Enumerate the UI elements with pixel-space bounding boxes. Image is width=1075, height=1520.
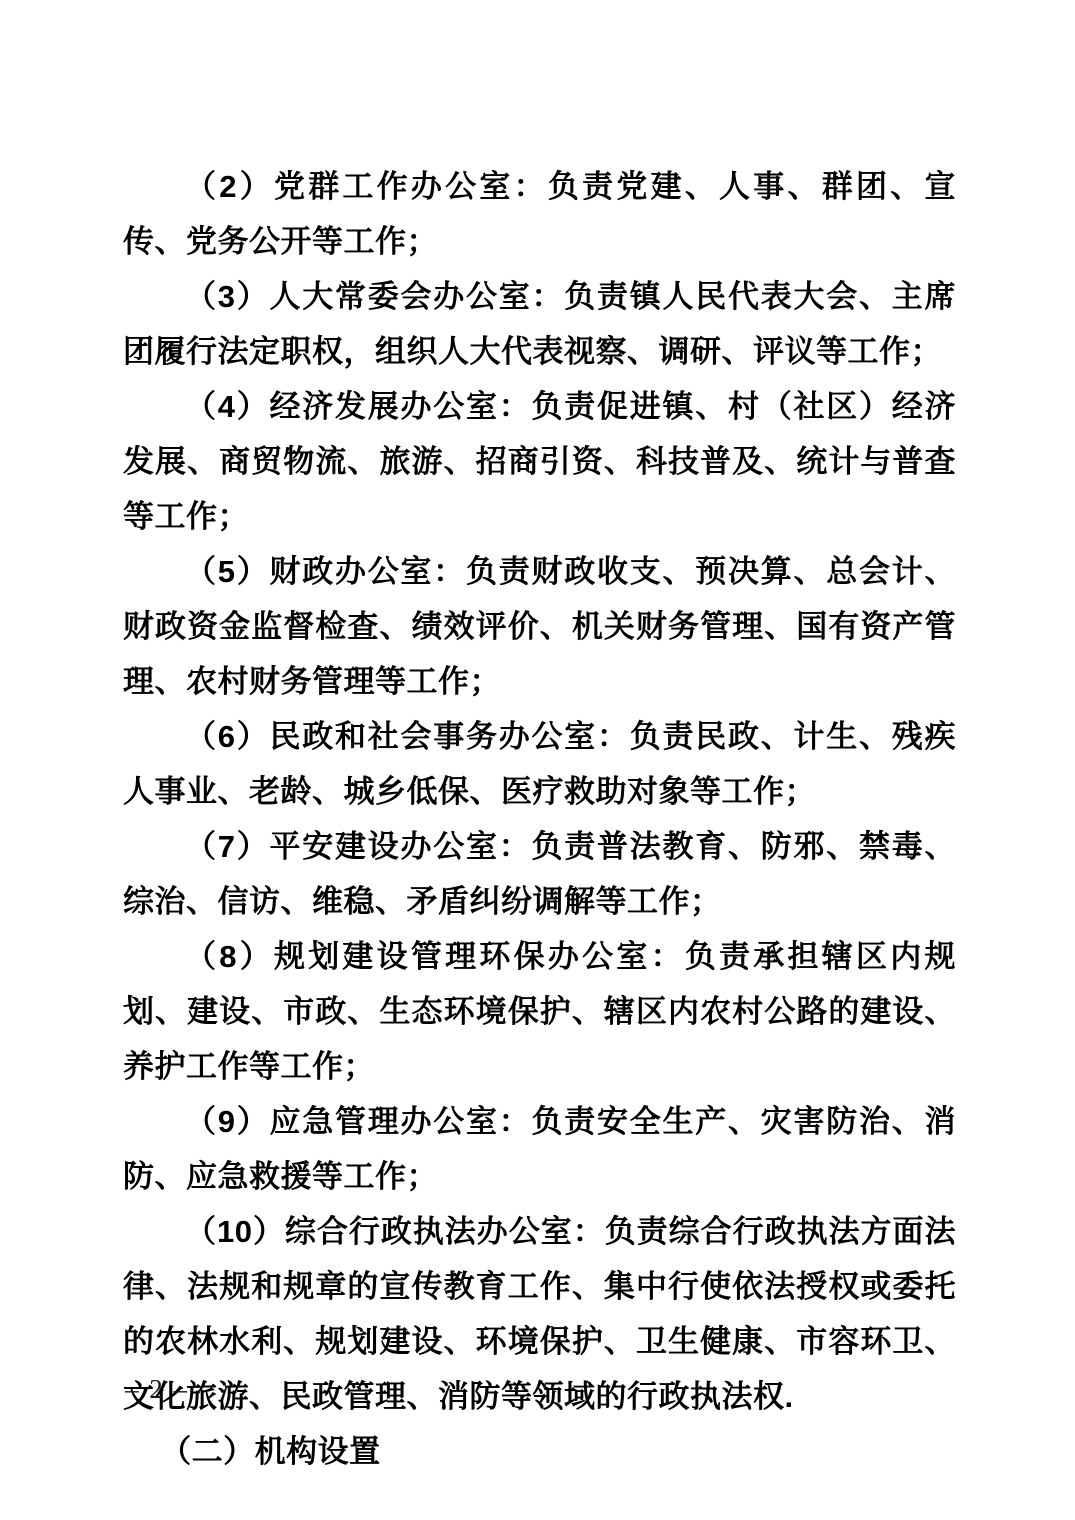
- paragraph-item-9: （9）应急管理办公室：负责安全生产、灾害防治、消防、应急救援等工作；: [123, 1094, 956, 1204]
- document-page: （2）党群工作办公室：负责党建、人事、群团、宣传、党务公开等工作； （3）人大常…: [0, 0, 1075, 1520]
- paragraph-item-6: （6）民政和社会事务办公室：负责民政、计生、残疾人事业、老龄、城乡低保、医疗救助…: [123, 709, 956, 819]
- paragraph-item-7: （7）平安建设办公室：负责普法教育、防邪、禁毒、综治、信访、维稳、矛盾纠纷调解等…: [123, 819, 956, 929]
- paragraph-item-3: （3）人大常委会办公室：负责镇人民代表大会、主席团履行法定职权，组织人大代表视察…: [123, 269, 956, 379]
- paragraph-item-10: （10）综合行政执法办公室：负责综合行政执法方面法律、法规和规章的宣传教育工作、…: [123, 1204, 956, 1424]
- paragraph-item-5: （5）财政办公室：负责财政收支、预决算、总会计、财政资金监督检查、绩效评价、机关…: [123, 544, 956, 709]
- section-heading: （二）机构设置: [123, 1424, 956, 1479]
- paragraph-item-2: （2）党群工作办公室：负责党建、人事、群团、宣传、党务公开等工作；: [123, 159, 956, 269]
- paragraph-item-4: （4）经济发展办公室：负责促进镇、村（社区）经济发展、商贸物流、旅游、招商引资、…: [123, 379, 956, 544]
- page-number: – 2 –: [125, 1374, 189, 1405]
- paragraph-item-8: （8）规划建设管理环保办公室：负责承担辖区内规划、建设、市政、生态环境保护、辖区…: [123, 929, 956, 1094]
- document-body: （2）党群工作办公室：负责党建、人事、群团、宣传、党务公开等工作； （3）人大常…: [123, 159, 956, 1479]
